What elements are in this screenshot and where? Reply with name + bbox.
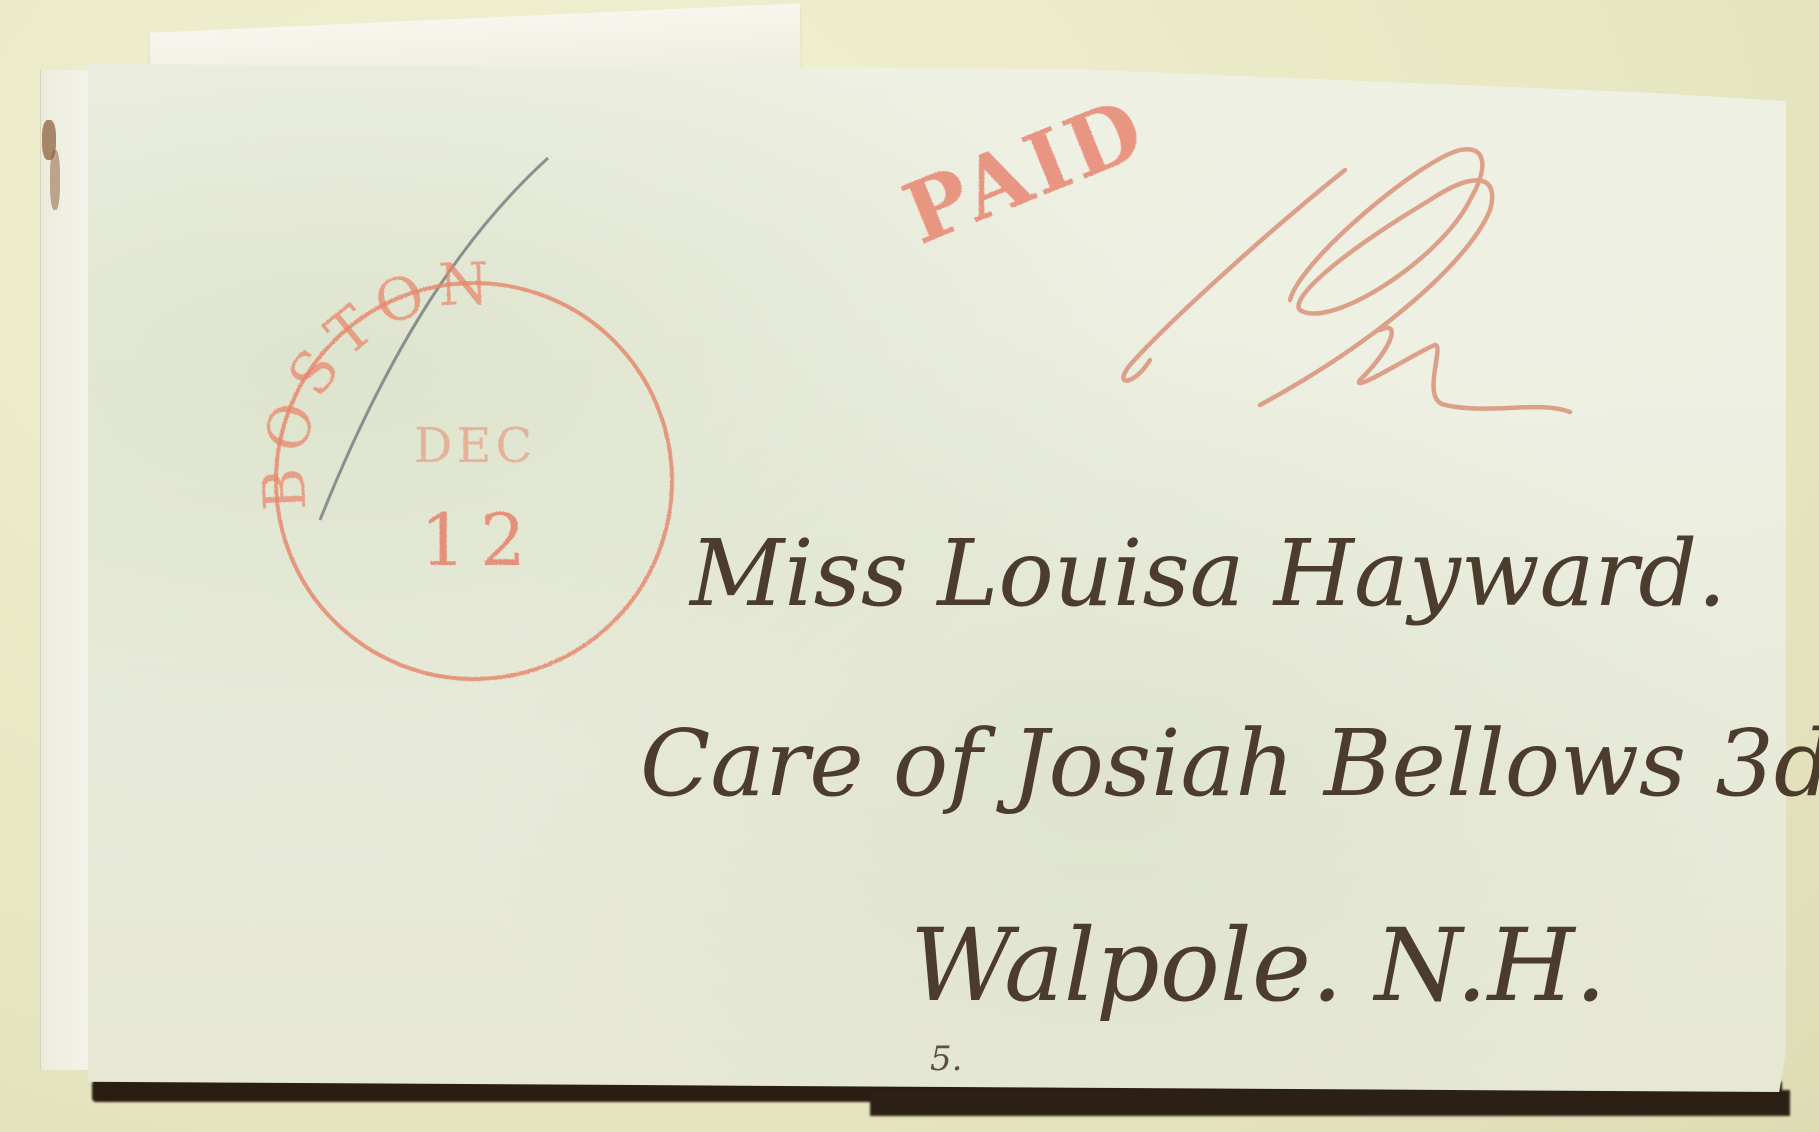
address-block: Miss Louisa Hayward. Care of Josiah Bell… (640, 520, 1819, 1079)
bottom-fragment: 5. (930, 1039, 962, 1079)
datestamp-day: 12 (420, 498, 540, 582)
manuscript-rate-marking (1123, 149, 1570, 412)
cover-markings: BOSTON DEC 12 PAID Miss Louisa Hayward. … (0, 0, 1819, 1132)
paid-handstamp: PAID (890, 78, 1159, 264)
address-line-2: Care of Josiah Bellows 3d Esq (640, 710, 1819, 817)
boston-datestamp: BOSTON DEC 12 (249, 249, 672, 679)
svg-text:PAID: PAID (890, 78, 1159, 264)
datestamp-month: DEC (414, 418, 536, 474)
address-line-3: Walpole. N.H. (910, 907, 1607, 1024)
address-line-1: Miss Louisa Hayward. (688, 520, 1727, 627)
